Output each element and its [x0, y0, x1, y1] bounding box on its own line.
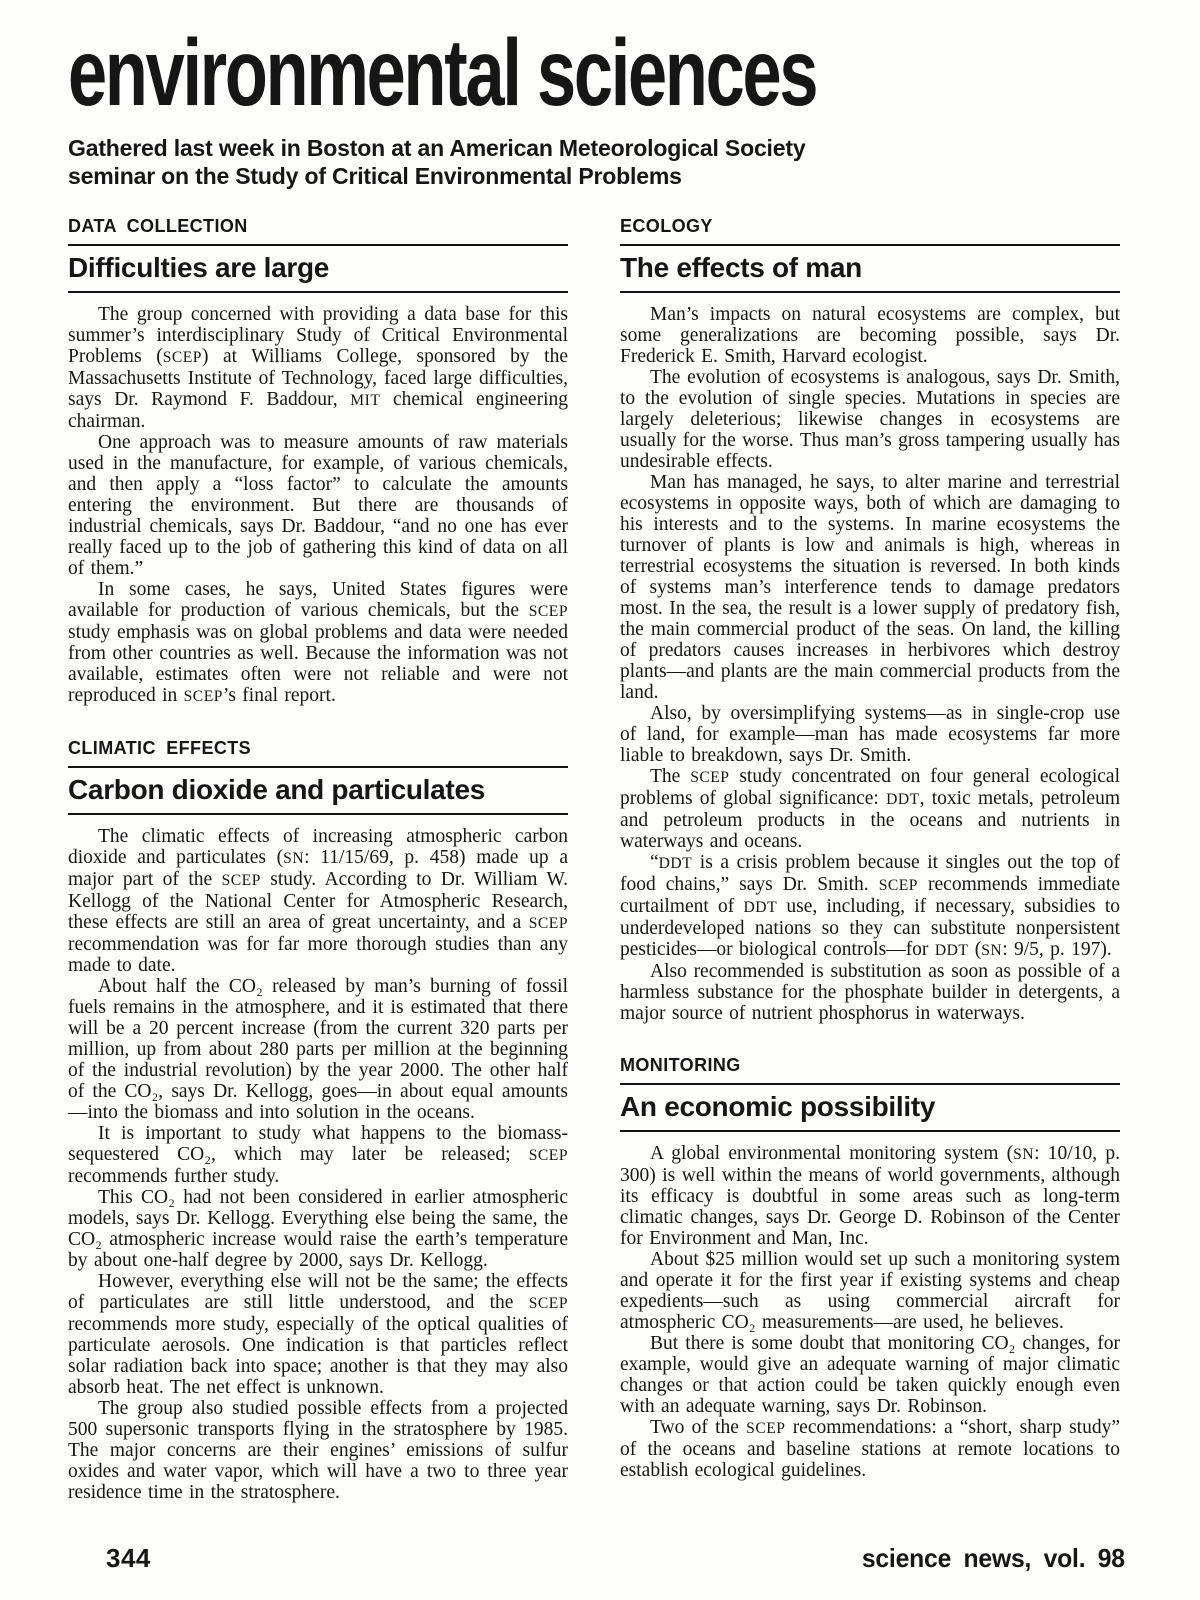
paragraph: It is important to study what happens to… — [68, 1123, 568, 1187]
paragraph: About $25 million would set up such a mo… — [620, 1249, 1120, 1333]
paragraph: However, everything else will not be the… — [68, 1271, 568, 1398]
paragraph: But there is some doubt that monitoring … — [620, 1333, 1120, 1417]
kicker-climatic-effects: CLIMATIC EFFECTS — [68, 739, 568, 759]
paragraph: The SCEP study concentrated on four gene… — [620, 766, 1120, 852]
paragraphs-an-economic-possibility: A global environmental monitoring system… — [620, 1143, 1120, 1481]
headline-difficulties-are-large: Difficulties are large — [68, 244, 568, 293]
section-climatic-effects: CLIMATIC EFFECTS Carbon dioxide and part… — [68, 739, 568, 1503]
page-subtitle-line-2: seminar on the Study of Critical Environ… — [68, 163, 1104, 191]
headline-an-economic-possibility: An economic possibility — [620, 1083, 1120, 1132]
paragraph: The group concerned with providing a dat… — [68, 304, 568, 432]
page-header: environmental sciences Gathered last wee… — [0, 0, 1200, 191]
paragraphs-carbon-dioxide-and-particulates: The climatic effects of increasing atmos… — [68, 826, 568, 1503]
journal-name: science news, vol. 98 — [862, 1543, 1125, 1574]
kicker-data-collection: DATA COLLECTION — [68, 217, 568, 237]
paragraph: Man’s impacts on natural ecosystems are … — [620, 304, 1120, 367]
paragraph: Also, by oversimplifying systems—as in s… — [620, 703, 1120, 766]
paragraph: The climatic effects of increasing atmos… — [68, 826, 568, 976]
page-footer: 344 science news, vol. 98 — [68, 1543, 1125, 1574]
paragraph: A global environmental monitoring system… — [620, 1143, 1120, 1249]
section-monitoring: MONITORING An economic possibility A glo… — [620, 1056, 1120, 1481]
magazine-page: environmental sciences Gathered last wee… — [0, 0, 1200, 1600]
section-ecology: ECOLOGY The effects of man Man’s impacts… — [620, 217, 1120, 1024]
paragraph: About half the CO₂ released by man’s bur… — [68, 976, 568, 1123]
paragraph: “DDT is a crisis problem because it sing… — [620, 852, 1120, 961]
page-title: environmental sciences — [68, 30, 850, 117]
headline-carbon-dioxide-and-particulates: Carbon dioxide and particulates — [68, 766, 568, 815]
paragraph: Also recommended is substitution as soon… — [620, 961, 1120, 1024]
paragraph: One approach was to measure amounts of r… — [68, 432, 568, 579]
page-subtitle-line-1: Gathered last week in Boston at an Ameri… — [68, 135, 1104, 163]
page-subtitle: Gathered last week in Boston at an Ameri… — [68, 135, 1104, 190]
kicker-monitoring: MONITORING — [620, 1056, 1120, 1076]
paragraph: In some cases, he says, United States fi… — [68, 579, 568, 707]
paragraph: The evolution of ecosystems is analogous… — [620, 367, 1120, 472]
left-column: DATA COLLECTION Difficulties are large T… — [68, 217, 568, 1503]
article-columns: DATA COLLECTION Difficulties are large T… — [0, 191, 1200, 1503]
right-column: ECOLOGY The effects of man Man’s impacts… — [620, 217, 1120, 1503]
paragraph: The group also studied possible effects … — [68, 1398, 568, 1503]
paragraph: This CO₂ had not been considered in earl… — [68, 1187, 568, 1271]
kicker-ecology: ECOLOGY — [620, 217, 1120, 237]
paragraph: Two of the SCEP recommendations: a “shor… — [620, 1417, 1120, 1481]
page-number: 344 — [106, 1543, 151, 1574]
headline-the-effects-of-man: The effects of man — [620, 244, 1120, 293]
paragraph: Man has managed, he says, to alter marin… — [620, 472, 1120, 703]
section-data-collection: DATA COLLECTION Difficulties are large T… — [68, 217, 568, 707]
paragraphs-difficulties-are-large: The group concerned with providing a dat… — [68, 304, 568, 707]
paragraphs-the-effects-of-man: Man’s impacts on natural ecosystems are … — [620, 304, 1120, 1024]
